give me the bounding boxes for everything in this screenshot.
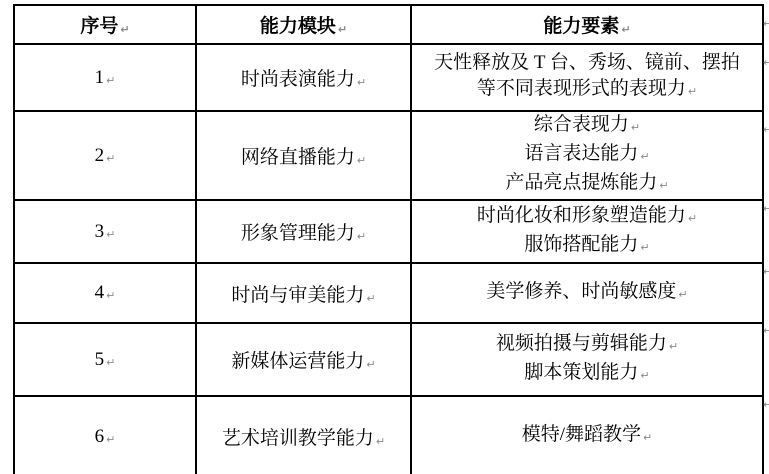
row-4-module: 时尚与审美能力 (231, 285, 364, 306)
end-of-row-mark-icon: ↵ (763, 325, 769, 336)
cell-elements-6[interactable]: 模特/舞蹈教学↵ (411, 396, 763, 474)
header-cell-index[interactable]: 序号↵ (14, 5, 196, 44)
end-of-cell-mark-icon: ↵ (106, 289, 115, 302)
row-1-element-1: 天性释放及 T 台、秀场、镜前、摆拍 (434, 52, 740, 73)
cell-elements-2[interactable]: 综合表现力↵ 语言表达能力↵ 产品亮点提炼能力↵ (411, 111, 763, 200)
row-3-element-2: 服饰搭配能力 (524, 234, 638, 255)
cell-index-4[interactable]: 4↵ (14, 263, 196, 323)
end-of-cell-mark-icon: ↵ (621, 23, 630, 36)
cell-index-3[interactable]: 3↵ (14, 200, 196, 263)
row-2-element-2: 语言表达能力 (524, 143, 638, 164)
row-5-element-2: 脚本策划能力 (524, 362, 638, 383)
row-1-module: 时尚表演能力 (241, 69, 355, 90)
row-2-element-3: 产品亮点提炼能力 (505, 172, 657, 193)
element-line: 等不同表现形式的表现力↵ (414, 76, 760, 105)
end-of-row-mark-icon: ↵ (763, 18, 769, 29)
end-of-cell-mark-icon: ↵ (338, 23, 347, 36)
header-index-label: 序号 (80, 16, 118, 37)
cell-index-1[interactable]: 1↵ (14, 44, 196, 111)
row-5-element-1: 视频拍摄与剪辑能力 (496, 333, 667, 354)
header-module-label: 能力模块 (260, 16, 336, 37)
element-line: 时尚化妆和形象塑造能力↵ (414, 203, 760, 232)
end-of-cell-mark-icon: ↵ (357, 76, 366, 89)
cell-module-4[interactable]: 时尚与审美能力↵ (196, 263, 411, 323)
cell-module-1[interactable]: 时尚表演能力↵ (196, 44, 411, 111)
cell-elements-5[interactable]: 视频拍摄与剪辑能力↵ 脚本策划能力↵ (411, 323, 763, 396)
cell-index-5[interactable]: 5↵ (14, 323, 196, 396)
table-row-1: 1↵ 时尚表演能力↵ 天性释放及 T 台、秀场、镜前、摆拍 等不同表现形式的表现… (14, 44, 763, 111)
table-row-2: 2↵ 网络直播能力↵ 综合表现力↵ 语言表达能力↵ 产品亮点提炼能力↵ (14, 111, 763, 200)
end-of-row-mark-icon: ↵ (763, 203, 769, 214)
table-row-4: 4↵ 时尚与审美能力↵ 美学修养、时尚敏感度↵ (14, 263, 763, 323)
row-6-element-1: 模特/舞蹈教学 (522, 424, 641, 445)
element-line: 视频拍摄与剪辑能力↵ (414, 331, 760, 360)
cell-module-6[interactable]: 艺术培训教学能力↵ (196, 396, 411, 474)
cell-elements-1[interactable]: 天性释放及 T 台、秀场、镜前、摆拍 等不同表现形式的表现力↵ (411, 44, 763, 111)
cell-index-6[interactable]: 6↵ (14, 396, 196, 474)
end-of-cell-mark-icon: ↵ (688, 85, 697, 98)
cell-module-3[interactable]: 形象管理能力↵ (196, 200, 411, 263)
cell-index-2[interactable]: 2↵ (14, 111, 196, 200)
end-of-row-mark-icon: ↵ (763, 399, 769, 410)
end-of-cell-mark-icon: ↵ (669, 340, 678, 353)
end-of-cell-mark-icon: ↵ (106, 433, 115, 446)
row-2-module: 网络直播能力 (241, 147, 355, 168)
end-of-cell-mark-icon: ↵ (659, 179, 668, 192)
row-5-number: 5 (95, 349, 105, 370)
row-6-module: 艺术培训教学能力 (222, 428, 374, 449)
end-of-cell-mark-icon: ↵ (376, 435, 385, 448)
end-of-cell-mark-icon: ↵ (688, 212, 697, 225)
end-of-cell-mark-icon: ↵ (366, 292, 375, 305)
element-line: 美学修养、时尚敏感度↵ (414, 279, 760, 308)
end-of-cell-mark-icon: ↵ (106, 152, 115, 165)
end-of-cell-mark-icon: ↵ (357, 230, 366, 243)
row-3-element-1: 时尚化妆和形象塑造能力 (477, 205, 686, 226)
end-of-cell-mark-icon: ↵ (106, 228, 115, 241)
row-1-element-2: 等不同表现形式的表现力 (477, 78, 686, 99)
end-of-cell-mark-icon: ↵ (678, 288, 687, 301)
header-cell-module[interactable]: 能力模块↵ (196, 5, 411, 44)
row-4-number: 4 (95, 282, 105, 303)
element-line: 综合表现力↵ (414, 112, 760, 141)
cell-elements-3[interactable]: 时尚化妆和形象塑造能力↵ 服饰搭配能力↵ (411, 200, 763, 263)
row-2-element-1: 综合表现力 (534, 114, 629, 135)
row-6-number: 6 (95, 426, 105, 447)
end-of-cell-mark-icon: ↵ (640, 369, 649, 382)
end-of-cell-mark-icon: ↵ (640, 150, 649, 163)
cell-module-5[interactable]: 新媒体运营能力↵ (196, 323, 411, 396)
row-1-number: 1 (95, 67, 105, 88)
row-3-module: 形象管理能力 (241, 223, 355, 244)
end-of-row-mark-icon: ↵ (763, 57, 769, 68)
end-of-cell-mark-icon: ↵ (366, 358, 375, 371)
table-header-row: 序号↵ 能力模块↵ 能力要素↵ (14, 5, 763, 44)
end-of-cell-mark-icon: ↵ (106, 356, 115, 369)
end-of-cell-mark-icon: ↵ (357, 154, 366, 167)
end-of-cell-mark-icon: ↵ (643, 431, 652, 444)
element-line: 服饰搭配能力↵ (414, 232, 760, 261)
end-of-row-mark-icon: ↵ (763, 124, 769, 135)
end-of-cell-mark-icon: ↵ (631, 121, 640, 134)
table-row-3: 3↵ 形象管理能力↵ 时尚化妆和形象塑造能力↵ 服饰搭配能力↵ (14, 200, 763, 263)
row-3-number: 3 (95, 221, 105, 242)
end-of-cell-mark-icon: ↵ (640, 241, 649, 254)
row-5-module: 新媒体运营能力 (231, 351, 364, 372)
capability-table: 序号↵ 能力模块↵ 能力要素↵ 1↵ 时尚表演能力↵ 天性释放及 T 台、秀场、… (13, 4, 764, 474)
end-of-cell-mark-icon: ↵ (106, 74, 115, 87)
cell-elements-4[interactable]: 美学修养、时尚敏感度↵ (411, 263, 763, 323)
header-elements-label: 能力要素 (543, 16, 619, 37)
element-line: 脚本策划能力↵ (414, 360, 760, 389)
table-row-6: 6↵ 艺术培训教学能力↵ 模特/舞蹈教学↵ (14, 396, 763, 474)
element-line: 产品亮点提炼能力↵ (414, 170, 760, 199)
header-cell-elements[interactable]: 能力要素↵ (411, 5, 763, 44)
element-line: 天性释放及 T 台、秀场、镜前、摆拍 (414, 50, 760, 76)
row-4-element-1: 美学修养、时尚敏感度 (486, 281, 676, 302)
element-line: 模特/舞蹈教学↵ (414, 422, 760, 451)
end-of-cell-mark-icon: ↵ (120, 23, 129, 36)
end-of-row-mark-icon: ↵ (763, 266, 769, 277)
element-line: 语言表达能力↵ (414, 141, 760, 170)
table-row-5: 5↵ 新媒体运营能力↵ 视频拍摄与剪辑能力↵ 脚本策划能力↵ (14, 323, 763, 396)
cell-module-2[interactable]: 网络直播能力↵ (196, 111, 411, 200)
row-2-number: 2 (95, 145, 105, 166)
document-page: 序号↵ 能力模块↵ 能力要素↵ 1↵ 时尚表演能力↵ 天性释放及 T 台、秀场、… (0, 0, 769, 474)
